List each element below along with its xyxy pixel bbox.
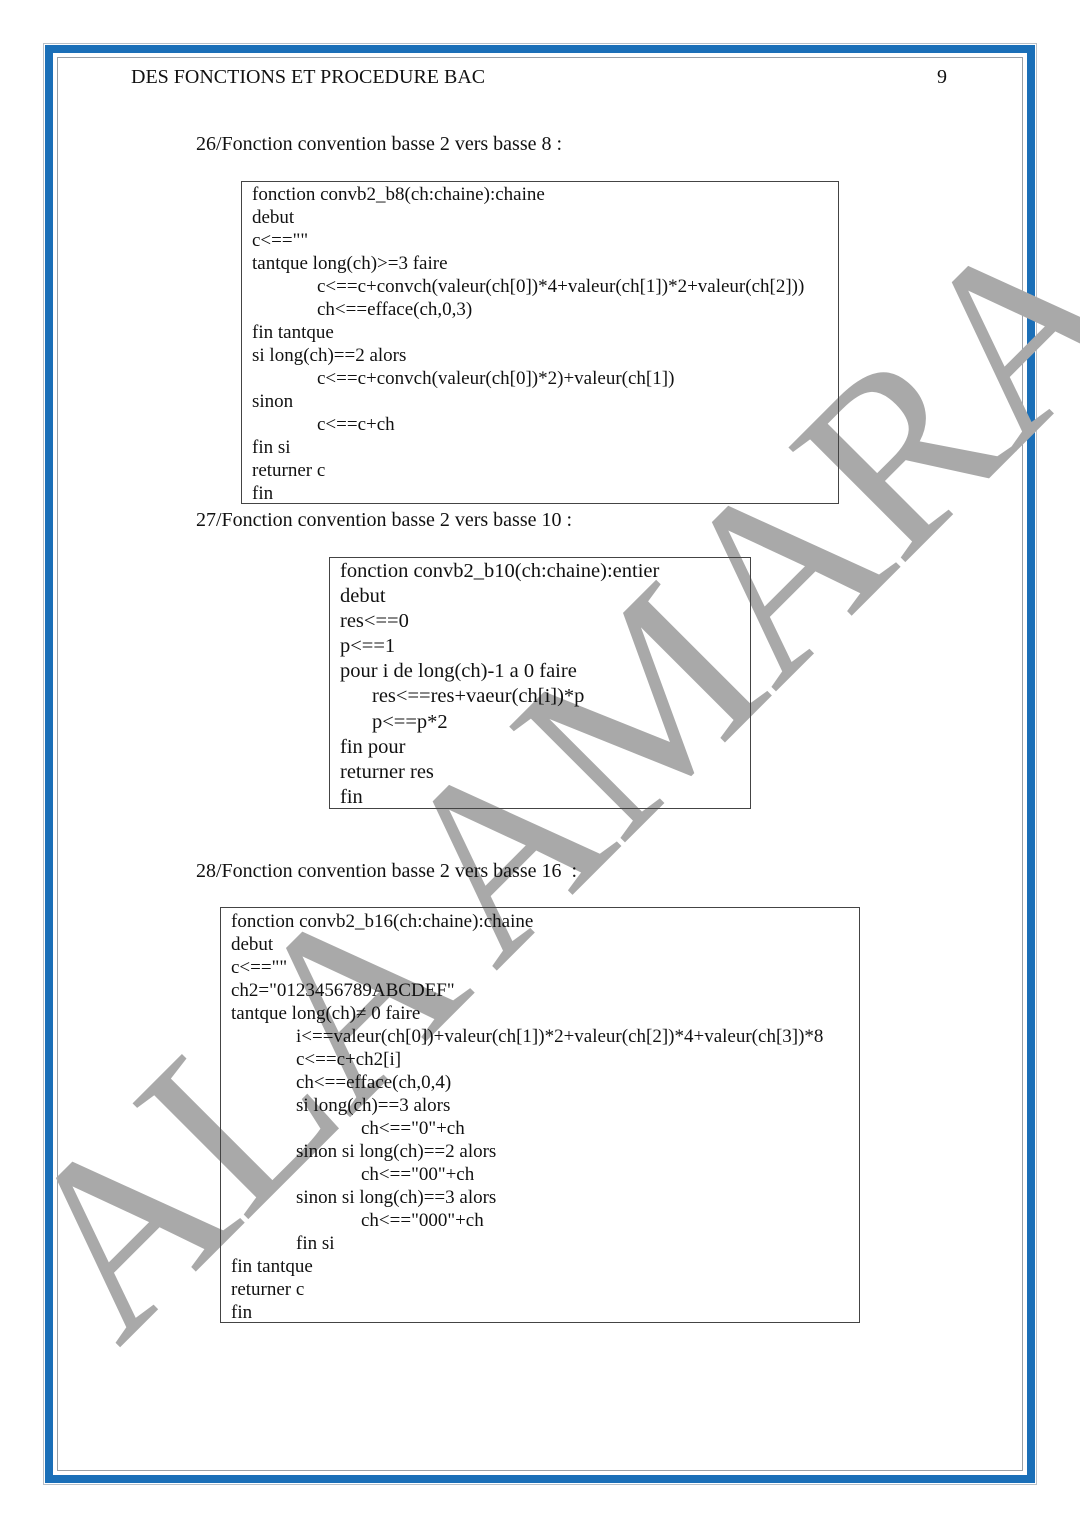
code-line: fin pour bbox=[340, 735, 750, 760]
code-line: returner c bbox=[231, 1278, 859, 1301]
code-line: c<=="" bbox=[252, 229, 838, 252]
code-line: ch<==efface(ch,0,3) bbox=[252, 298, 838, 321]
code-box-convb2-b10: fonction convb2_b10(ch:chaine):entierdeb… bbox=[329, 557, 751, 809]
code-line: si long(ch)==2 alors bbox=[252, 344, 838, 367]
code-line: sinon si long(ch)==2 alors bbox=[231, 1140, 859, 1163]
code-line: returner res bbox=[340, 760, 750, 785]
header-title: DES FONCTIONS ET PROCEDURE BAC bbox=[131, 66, 485, 89]
code-line: debut bbox=[231, 933, 859, 956]
code-line: ch<==efface(ch,0,4) bbox=[231, 1071, 859, 1094]
code-line: fonction convb2_b10(ch:chaine):entier bbox=[340, 559, 750, 584]
code-line: debut bbox=[252, 206, 838, 229]
code-line: sinon bbox=[252, 390, 838, 413]
code-line: ch<=="000"+ch bbox=[231, 1209, 859, 1232]
code-line: res<==res+vaeur(ch[i])*p bbox=[340, 684, 750, 709]
section-title-26: 26/Fonction convention basse 2 vers bass… bbox=[196, 133, 562, 156]
code-line: ch<=="0"+ch bbox=[231, 1117, 859, 1140]
code-line: c<==c+ch bbox=[252, 413, 838, 436]
code-line: res<==0 bbox=[340, 609, 750, 634]
code-line: ch<=="00"+ch bbox=[231, 1163, 859, 1186]
code-line: debut bbox=[340, 584, 750, 609]
code-box-convb2-b16: fonction convb2_b16(ch:chaine):chainedeb… bbox=[220, 907, 860, 1323]
code-line: c<==c+convch(valeur(ch[0])*4+valeur(ch[1… bbox=[252, 275, 838, 298]
code-line: fin bbox=[231, 1301, 859, 1324]
section-title-27: 27/Fonction convention basse 2 vers bass… bbox=[196, 509, 572, 532]
code-line: tantque long(ch)≠ 0 faire bbox=[231, 1002, 859, 1025]
code-box-convb2-b8: fonction convb2_b8(ch:chaine):chainedebu… bbox=[241, 181, 839, 504]
code-line: fonction convb2_b8(ch:chaine):chaine bbox=[252, 183, 838, 206]
code-line: fin tantque bbox=[231, 1255, 859, 1278]
code-line: fonction convb2_b16(ch:chaine):chaine bbox=[231, 910, 859, 933]
code-line: pour i de long(ch)-1 a 0 faire bbox=[340, 659, 750, 684]
code-line: c<==c+ch2[i] bbox=[231, 1048, 859, 1071]
code-line: c<==c+convch(valeur(ch[0])*2)+valeur(ch[… bbox=[252, 367, 838, 390]
code-line: sinon si long(ch)==3 alors bbox=[231, 1186, 859, 1209]
code-line: returner c bbox=[252, 459, 838, 482]
code-line: p<==p*2 bbox=[340, 710, 750, 735]
section-title-28: 28/Fonction convention basse 2 vers bass… bbox=[196, 860, 577, 883]
code-line: i<==valeur(ch[0])+valeur(ch[1])*2+valeur… bbox=[231, 1025, 859, 1048]
code-line: p<==1 bbox=[340, 634, 750, 659]
code-line: fin si bbox=[252, 436, 838, 459]
code-line: tantque long(ch)>=3 faire bbox=[252, 252, 838, 275]
code-line: c<=="" bbox=[231, 956, 859, 979]
page-number: 9 bbox=[937, 66, 947, 89]
code-line: ch2="0123456789ABCDEF" bbox=[231, 979, 859, 1002]
code-line: fin si bbox=[231, 1232, 859, 1255]
code-line: si long(ch)==3 alors bbox=[231, 1094, 859, 1117]
code-line: fin bbox=[252, 482, 838, 505]
code-line: fin bbox=[340, 785, 750, 810]
page-content: DES FONCTIONS ET PROCEDURE BAC 9 26/Fonc… bbox=[0, 0, 1080, 1528]
code-line: fin tantque bbox=[252, 321, 838, 344]
